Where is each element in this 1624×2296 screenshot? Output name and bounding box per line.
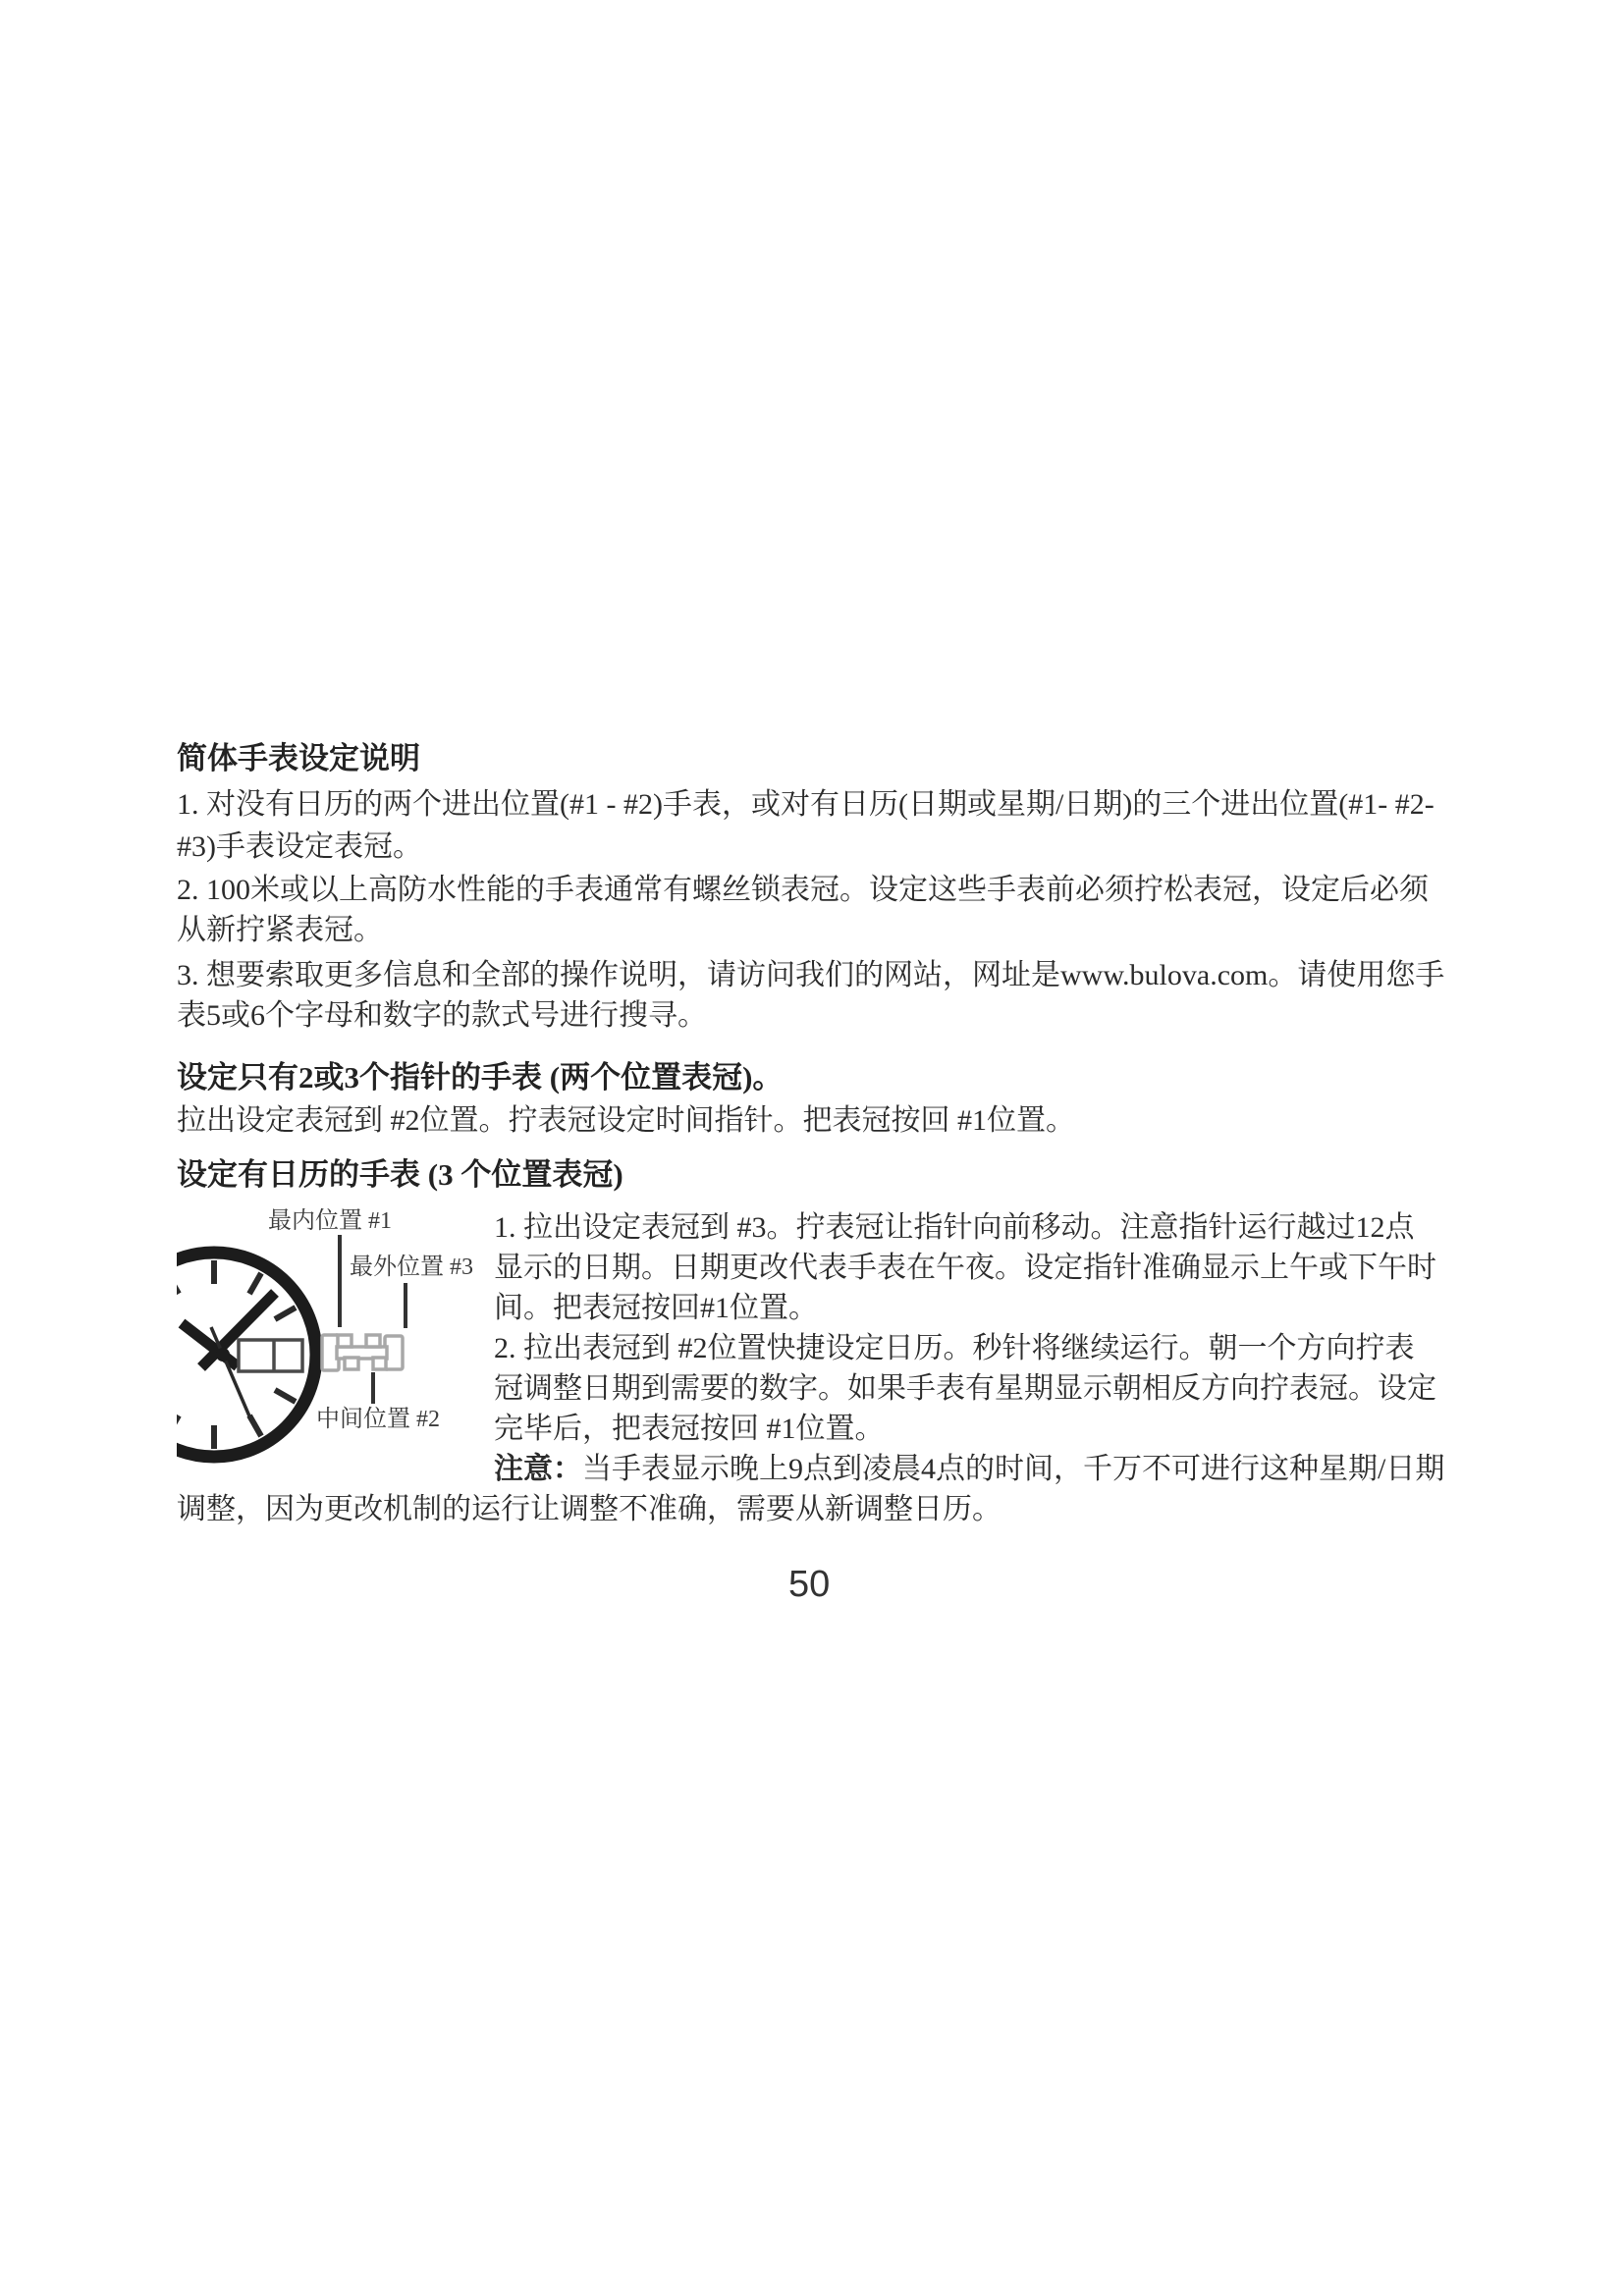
manual-page: 简体手表设定说明 1. 对没有日历的两个进出位置(#1 - #2)手表，或对有日… — [0, 0, 1624, 2296]
crown-position-2-label: 中间位置 #2 — [316, 1406, 440, 1433]
intro-line-5: 3. 想要索取更多信息和全部的操作说明，请访问我们的网站，网址是www.bulo… — [177, 956, 1444, 995]
step-line-2: 显示的日期。日期更改代表手表在午夜。设定指针准确显示上午或下午时 — [494, 1249, 1436, 1288]
step-line-6: 完毕后，把表冠按回 #1位置。 — [494, 1410, 885, 1449]
note-line-2: 调整，因为更改机制的运行让调整不准确，需要从新调整日历。 — [177, 1490, 1001, 1529]
step-line-1: 1. 拉出设定表冠到 #3。拧表冠让指针向前移动。注意指针运行越过12点 — [494, 1208, 1415, 1248]
crown-position-3-label: 最外位置 #3 — [350, 1254, 473, 1281]
intro-line-6: 表5或6个字母和数字的款式号进行搜寻。 — [177, 996, 707, 1036]
section-calendar-heading: 设定有日历的手表 (3 个位置表冠) — [177, 1155, 623, 1195]
crown-position-1-label: 最内位置 #1 — [268, 1207, 392, 1235]
date-window-icon — [239, 1340, 302, 1371]
page-number: 50 — [788, 1564, 830, 1606]
step-line-4: 2. 拉出表冠到 #2位置快捷设定日历。秒针将继续运行。朝一个方向拧表 — [494, 1329, 1415, 1368]
intro-line-2: #3)手表设定表冠。 — [177, 828, 422, 867]
crown-positions-icon — [322, 1335, 403, 1370]
note-label: 注意： — [494, 1453, 582, 1485]
section-two-position-body: 拉出设定表冠到 #2位置。拧表冠设定时间指针。把表冠按回 #1位置。 — [177, 1101, 1075, 1141]
intro-line-3: 2. 100米或以上高防水性能的手表通常有螺丝锁表冠。设定这些手表前必须拧松表冠… — [177, 871, 1429, 910]
intro-line-1: 1. 对没有日历的两个进出位置(#1 - #2)手表，或对有日历(日期或星期/日… — [177, 785, 1435, 825]
watch-face-icon — [177, 1253, 316, 1457]
note-line-1: 注意：当手表显示晚上9点到凌晨4点的时间，千万不可进行这种星期/日期 — [494, 1450, 1444, 1489]
step-line-5: 冠调整日期到需要的数字。如果手表有星期显示朝相反方向拧表冠。设定 — [494, 1369, 1436, 1409]
intro-line-4: 从新拧紧表冠。 — [177, 911, 383, 950]
note-text: 当手表显示晚上9点到凌晨4点的时间，千万不可进行这种星期/日期 — [582, 1453, 1444, 1485]
step-line-3: 间。把表冠按回#1位置。 — [494, 1289, 818, 1328]
doc-title: 简体手表设定说明 — [177, 739, 420, 778]
section-two-position-heading: 设定只有2或3个指针的手表 (两个位置表冠)。 — [177, 1058, 783, 1097]
